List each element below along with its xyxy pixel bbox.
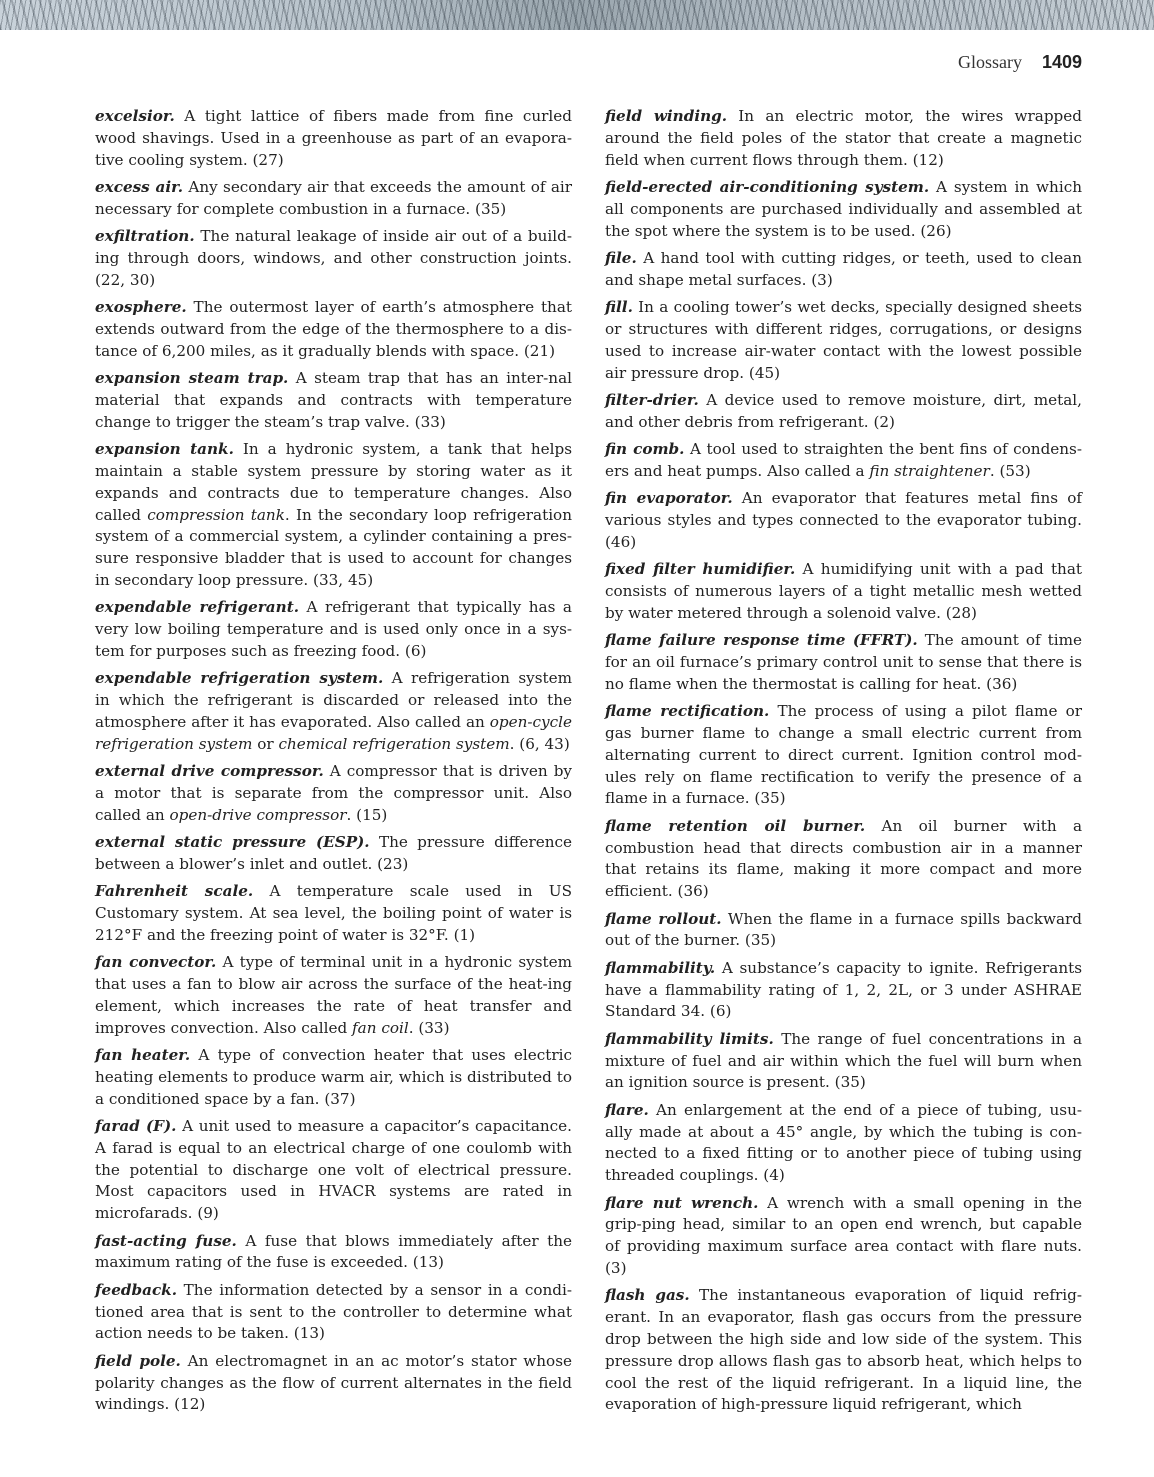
glossary-term: exfiltration.: [95, 227, 195, 245]
glossary-term: file.: [605, 249, 637, 267]
glossary-entry: flare nut wrench. A wrench with a small …: [605, 1193, 1082, 1280]
cross-reference-term: compression tank: [147, 506, 285, 524]
glossary-term: flare nut wrench.: [605, 1194, 758, 1212]
glossary-entry: exfiltration. The natural leakage of ins…: [95, 226, 572, 291]
glossary-entry: Fahrenheit scale. A temperature scale us…: [95, 881, 572, 946]
glossary-term: Fahrenheit scale.: [95, 882, 253, 900]
glossary-entry: field-erected air-conditioning system. A…: [605, 177, 1082, 242]
glossary-term: excelsior.: [95, 107, 175, 125]
glossary-entry: flammability. A substance’s capacity to …: [605, 958, 1082, 1023]
glossary-term: exosphere.: [95, 298, 187, 316]
glossary-entry: field winding. In an electric motor, the…: [605, 106, 1082, 171]
glossary-entry: external drive compressor. A compressor …: [95, 761, 572, 826]
running-head: Glossary 1409: [958, 52, 1082, 73]
glossary-term: fast-acting fuse.: [95, 1232, 237, 1250]
glossary-term: field winding.: [605, 107, 727, 125]
definition-text: or: [252, 735, 278, 753]
glossary-term: expendable refrigeration system.: [95, 669, 383, 687]
glossary-term: farad (F).: [95, 1117, 176, 1135]
glossary-entry: flame rectification. The process of usin…: [605, 701, 1082, 810]
glossary-entry: filter-drier. A device used to remove mo…: [605, 390, 1082, 434]
glossary-term: excess air.: [95, 178, 183, 196]
cross-reference-term: fan coil: [352, 1019, 409, 1037]
glossary-term: field-erected air-conditioning system.: [605, 178, 929, 196]
glossary-entry: feedback. The information detected by a …: [95, 1280, 572, 1345]
definition-text: A hand tool with cutting ridges, or teet…: [605, 249, 1082, 289]
glossary-term: feedback.: [95, 1281, 177, 1299]
glossary-term: fixed filter humidifier.: [605, 560, 795, 578]
glossary-term: fan convector.: [95, 953, 216, 971]
definition-text: . (15): [347, 806, 388, 824]
glossary-entry: exosphere. The outermost layer of earth’…: [95, 297, 572, 362]
glossary-entry: flame failure response time (FFRT). The …: [605, 630, 1082, 695]
definition-text: In a cooling tower’s wet decks, speciall…: [605, 298, 1082, 381]
glossary-term: flame rollout.: [605, 910, 722, 928]
cross-reference-term: chemical refrigeration system: [278, 735, 509, 753]
glossary-term: fin comb.: [605, 440, 684, 458]
glossary-entry: external static pressure (ESP). The pres…: [95, 832, 572, 876]
glossary-entry: expendable refrigeration system. A refri…: [95, 668, 572, 755]
glossary-entry: flame retention oil burner. An oil burne…: [605, 816, 1082, 903]
glossary-entry: fill. In a cooling tower’s wet decks, sp…: [605, 297, 1082, 384]
glossary-entry: fast-acting fuse. A fuse that blows imme…: [95, 1231, 572, 1275]
glossary-term: flame failure response time (FFRT).: [605, 631, 918, 649]
glossary-entry: excelsior. A tight lattice of fibers mad…: [95, 106, 572, 171]
glossary-term: fill.: [605, 298, 633, 316]
glossary-entry: expansion steam trap. A steam trap that …: [95, 368, 572, 433]
glossary-entry: file. A hand tool with cutting ridges, o…: [605, 248, 1082, 292]
glossary-entry: fin comb. A tool used to straighten the …: [605, 439, 1082, 483]
glossary-term: filter-drier.: [605, 391, 699, 409]
definition-text: An enlargement at the end of a piece of …: [605, 1101, 1082, 1184]
glossary-entry: fan convector. A type of terminal unit i…: [95, 952, 572, 1039]
glossary-column-right: field winding. In an electric motor, the…: [605, 106, 1082, 1422]
glossary-entry: fixed filter humidifier. A humidifying u…: [605, 559, 1082, 624]
glossary-entry: flammability limits. The range of fuel c…: [605, 1029, 1082, 1094]
glossary-term: expansion tank.: [95, 440, 234, 458]
glossary-term: expansion steam trap.: [95, 369, 288, 387]
page-number: 1409: [1042, 52, 1082, 73]
definition-text: . (53): [990, 462, 1031, 480]
section-title: Glossary: [958, 52, 1022, 73]
glossary-term: field pole.: [95, 1352, 181, 1370]
glossary-column-left: excelsior. A tight lattice of fibers mad…: [95, 106, 572, 1422]
glossary-entry: flame rollout. When the flame in a furna…: [605, 909, 1082, 953]
glossary-term: flare.: [605, 1101, 649, 1119]
glossary-entry: fan heater. A type of convection heater …: [95, 1045, 572, 1110]
glossary-entry: excess air. Any secondary air that excee…: [95, 177, 572, 221]
decorative-header-banner: [0, 0, 1154, 30]
glossary-term: external static pressure (ESP).: [95, 833, 370, 851]
glossary-term: flash gas.: [605, 1286, 690, 1304]
glossary-entry: flare. An enlargement at the end of a pi…: [605, 1100, 1082, 1187]
cross-reference-term: open-drive compressor: [169, 806, 346, 824]
definition-text: . (6, 43): [510, 735, 570, 753]
glossary-entry: farad (F). A unit used to measure a capa…: [95, 1116, 572, 1225]
glossary-term: expendable refrigerant.: [95, 598, 299, 616]
definition-text: The instantaneous evaporation of liquid …: [605, 1286, 1082, 1413]
glossary-term: flame retention oil burner.: [605, 817, 865, 835]
cross-reference-term: fin straightener: [869, 462, 989, 480]
glossary-entry: fin evaporator. An evaporator that featu…: [605, 488, 1082, 553]
glossary-term: fin evaporator.: [605, 489, 733, 507]
glossary-term: flammability limits.: [605, 1030, 774, 1048]
glossary-term: external drive compressor.: [95, 762, 324, 780]
glossary-entry: flash gas. The instantaneous evaporation…: [605, 1285, 1082, 1416]
definition-text: . (33): [409, 1019, 450, 1037]
glossary-term: flame rectification.: [605, 702, 769, 720]
glossary-entry: expansion tank. In a hydronic system, a …: [95, 439, 572, 592]
glossary-term: fan heater.: [95, 1046, 190, 1064]
glossary-entry: expendable refrigerant. A refrigerant th…: [95, 597, 572, 662]
glossary-term: flammability.: [605, 959, 715, 977]
glossary-entry: field pole. An electromagnet in an ac mo…: [95, 1351, 572, 1416]
